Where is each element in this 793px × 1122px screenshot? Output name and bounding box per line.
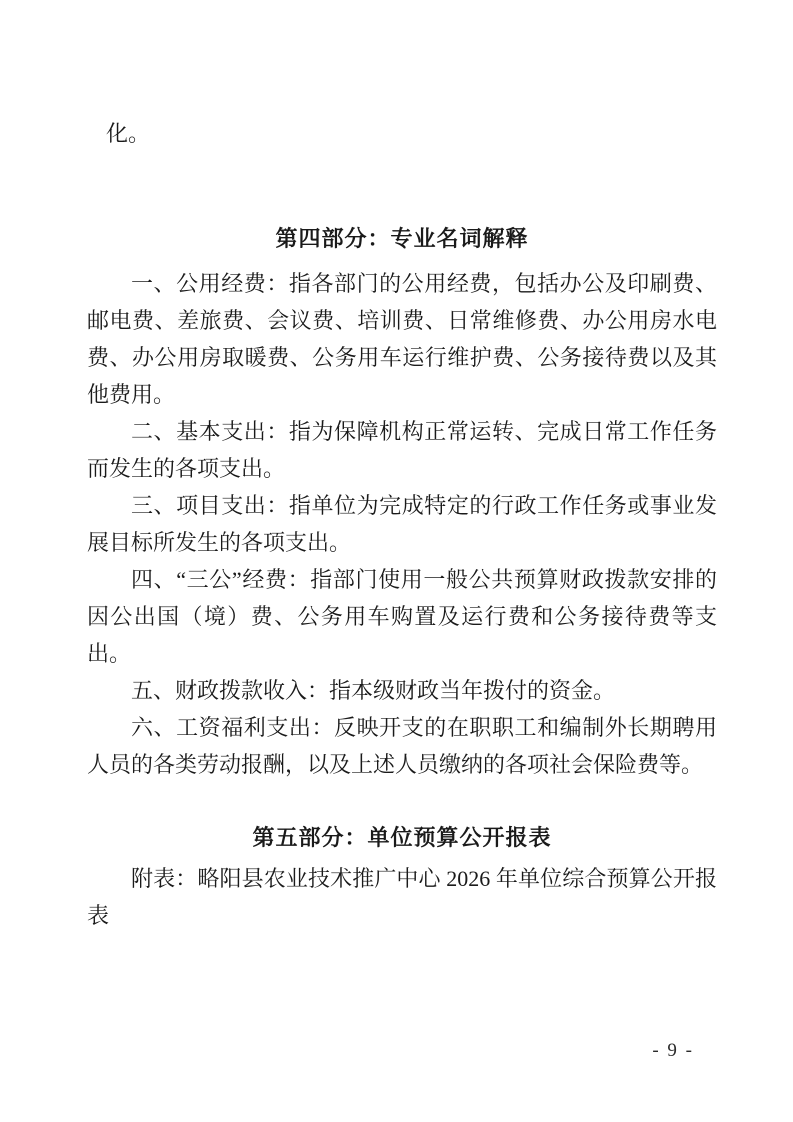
continuation-line: 化。 [87,115,717,152]
definition-paragraph-5: 五、财政拨款收入：指本级财政当年拨付的资金。 [87,672,717,709]
page-number: - 9 - [652,1040,694,1062]
section5-heading: 第五部分：单位预算公开报表 [87,819,717,856]
definition-paragraph-6: 六、工资福利支出：反映开支的在职职工和编制外长期聘用人员的各类劳动报酬，以及上述… [87,709,717,783]
definition-paragraph-1: 一、公用经费：指各部门的公用经费，包括办公及印刷费、邮电费、差旅费、会议费、培训… [87,265,717,413]
document-content: 化。 第四部分：专业名词解释 一、公用经费：指各部门的公用经费，包括办公及印刷费… [87,115,717,934]
section4-heading: 第四部分：专业名词解释 [87,220,717,257]
document-page: 化。 第四部分：专业名词解释 一、公用经费：指各部门的公用经费，包括办公及印刷费… [0,0,793,1122]
appendix-note: 附表：略阳县农业技术推广中心 2026 年单位综合预算公开报表 [87,860,717,934]
definition-paragraph-3: 三、项目支出：指单位为完成特定的行政工作任务或事业发展目标所发生的各项支出。 [87,487,717,561]
definition-paragraph-4: 四、“三公”经费：指部门使用一般公共预算财政拨款安排的因公出国（境）费、公务用车… [87,561,717,672]
definition-paragraph-2: 二、基本支出：指为保障机构正常运转、完成日常工作任务而发生的各项支出。 [87,413,717,487]
